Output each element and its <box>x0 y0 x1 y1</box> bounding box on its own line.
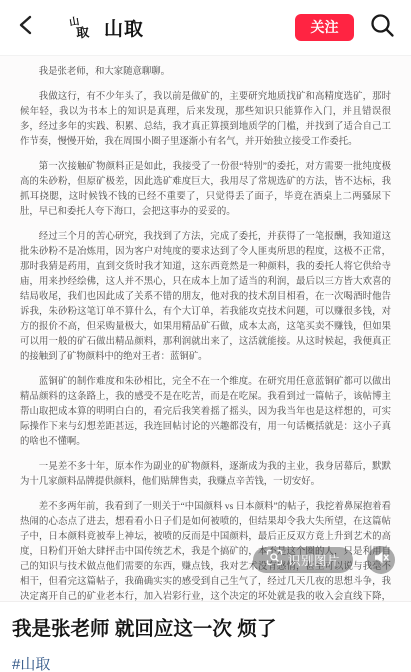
logo-char-qu: 取 <box>75 21 90 41</box>
search-button[interactable] <box>367 13 397 43</box>
nav-bar: 山 取 山取 关注 <box>0 0 411 56</box>
back-button[interactable] <box>14 15 40 41</box>
article-paragraph: 第一次接触矿物颜料正是如此，我接受了一份很“特别”的委托，对方需要一批纯度极高的… <box>20 160 391 220</box>
article-paragraph: 我是张老师，和大家随意聊聊。 <box>20 65 391 80</box>
post-info: 我是张老师 就回应这一次 烦了 #山取 <box>0 602 411 672</box>
author-name: 山取 <box>104 14 144 41</box>
article-paragraph: 经过三个月的苦心研究，我找到了方法，完成了委托，并获得了一笔报酬，我知道这批朱砂… <box>20 230 391 365</box>
speaker-muted-icon <box>373 549 390 571</box>
author-logo-icon: 山 取 <box>68 14 89 42</box>
chevron-left-icon <box>16 14 38 41</box>
author-profile-link[interactable]: 山 取 山取 <box>68 14 144 42</box>
article-paragraph: 我做这行，有不少年头了，我以前是做矿的，主要研究地质找矿和高精度选矿，那时候年轻… <box>20 90 391 150</box>
recognize-image-button[interactable]: 识别图片 <box>253 547 353 573</box>
hashtag-link[interactable]: #山取 <box>12 653 50 672</box>
mute-button[interactable] <box>367 546 395 574</box>
article-paragraph: 蓝铜矿的制作难度和朱砂相比，完全不在一个维度。在研究用任意蓝铜矿都可以做出精品颜… <box>20 375 391 450</box>
article-paragraph: 一晃差不多十年，原本作为副业的矿物颜料，逐渐成为我的主业，我身居幕后，默默为十几… <box>20 460 391 490</box>
recognize-image-label: 识别图片 <box>288 551 340 569</box>
scan-frame-icon <box>266 549 283 571</box>
post-title: 我是张老师 就回应这一次 烦了 <box>12 617 399 641</box>
search-icon <box>369 12 396 44</box>
follow-button[interactable]: 关注 <box>295 14 354 41</box>
article-image[interactable]: 我是张老师，和大家随意聊聊。 我做这行，有不少年头了，我以前是做矿的，主要研究地… <box>0 56 411 602</box>
app-screen: 山 取 山取 关注 我是张老师，和大家随意聊聊。 我做这行，有不少年头了，我以前… <box>0 0 411 672</box>
